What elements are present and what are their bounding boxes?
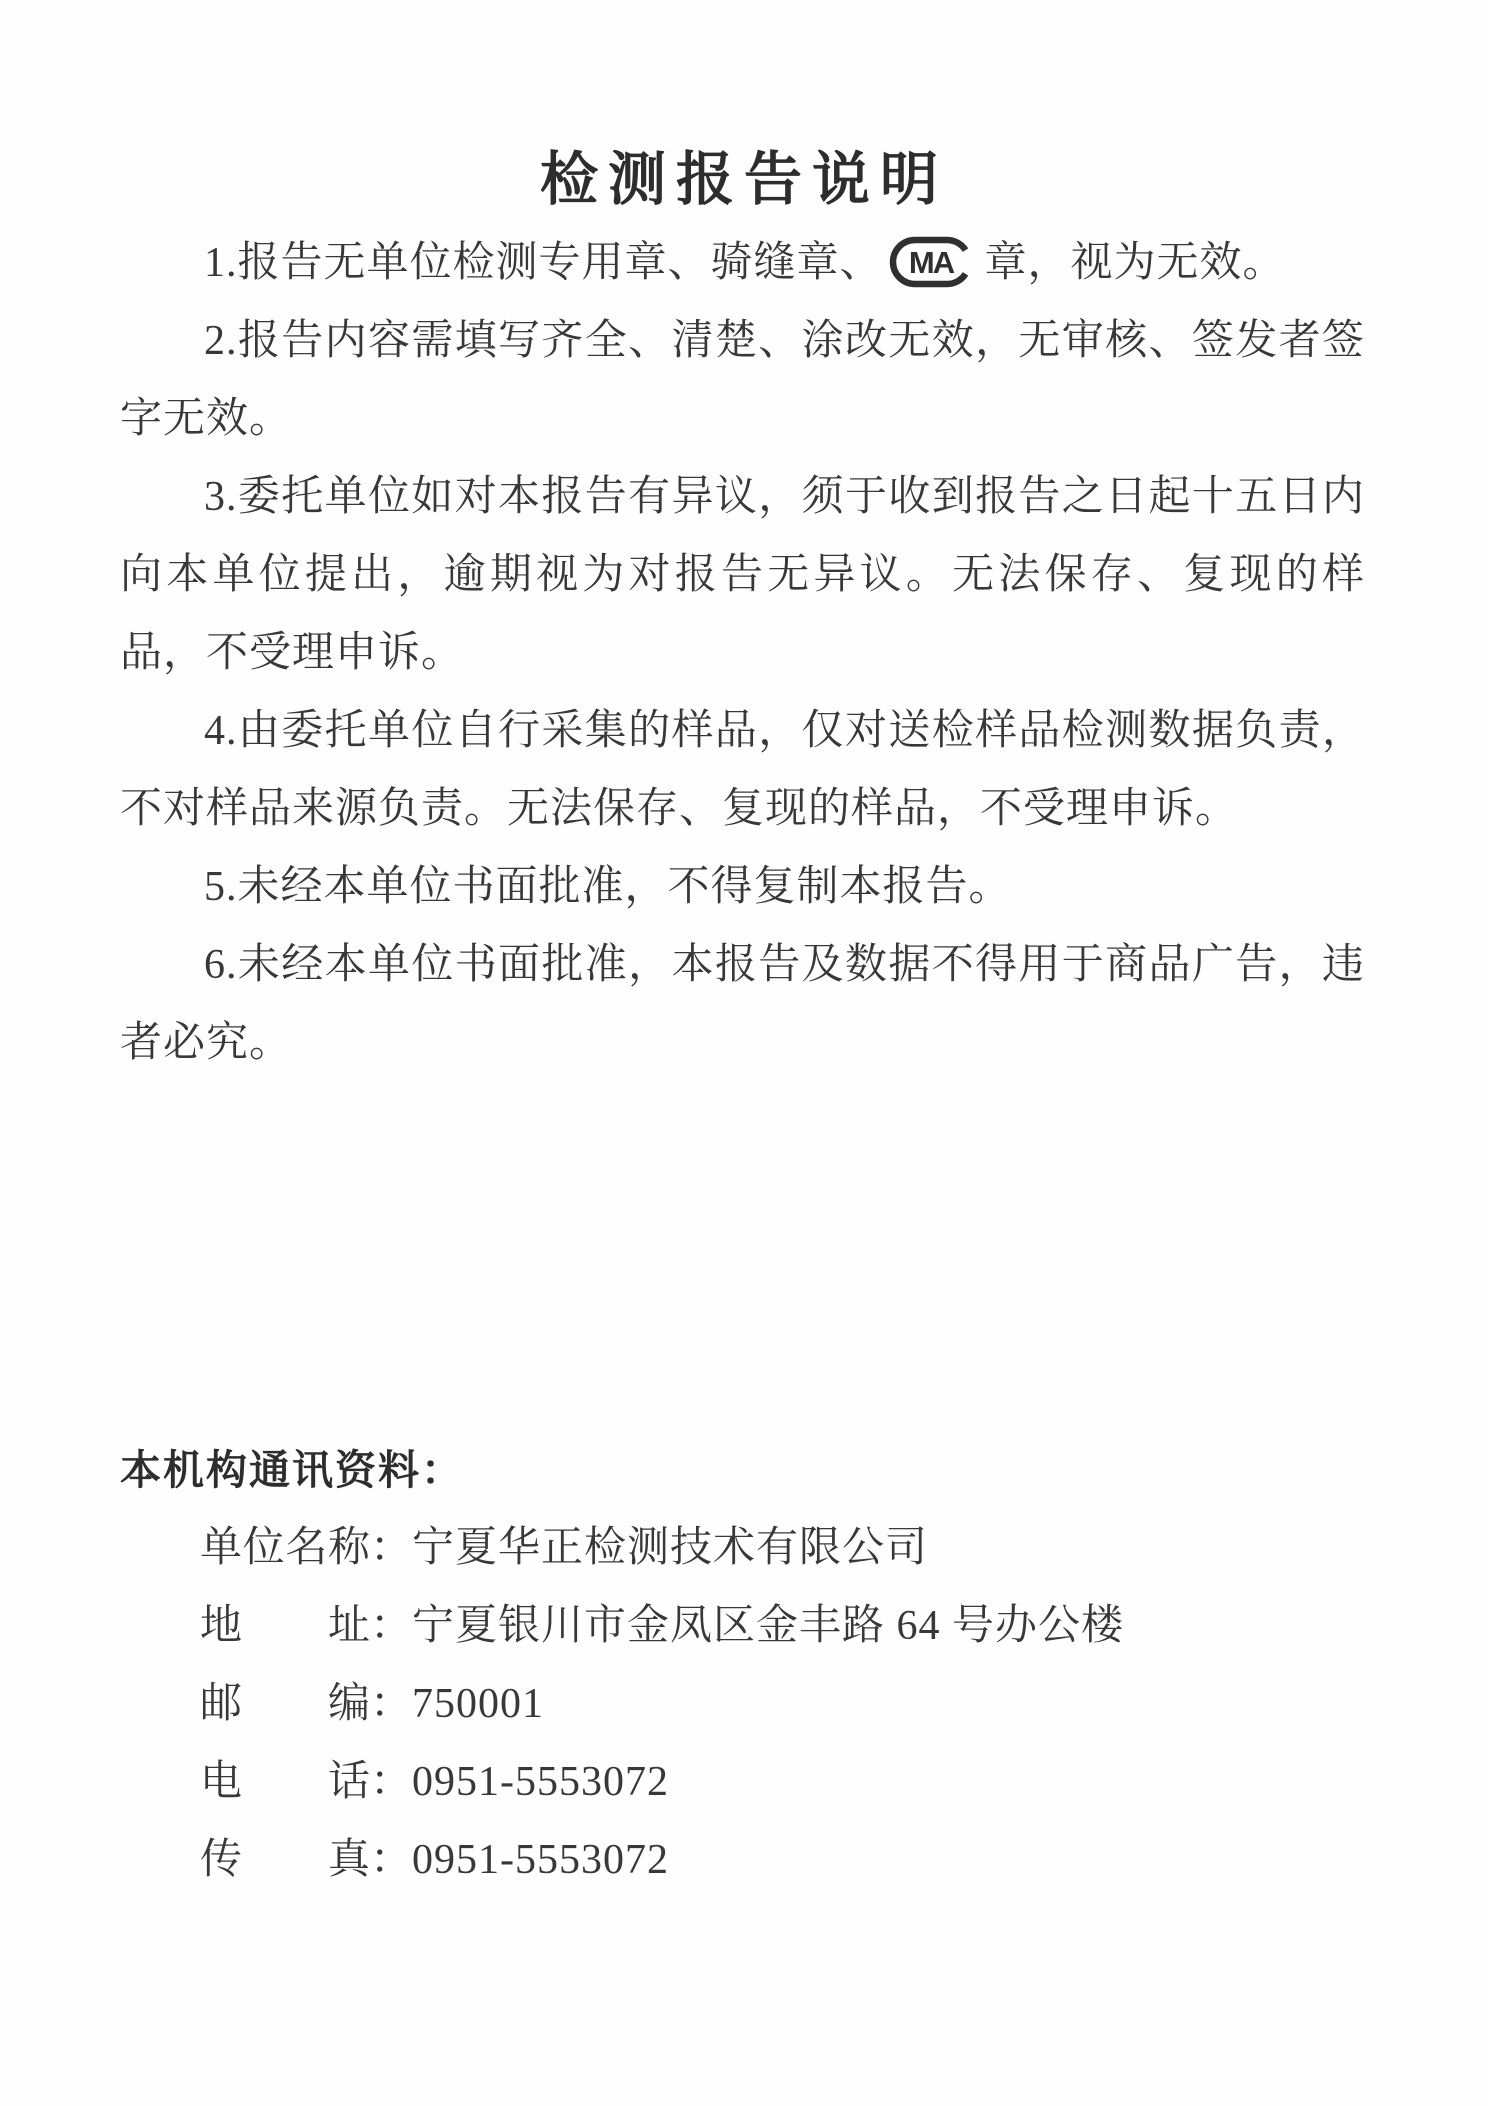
contact-info-section: 本机构通讯资料： 单位名称：宁夏华正检测技术有限公司 地址：宁夏银川市金凤区金丰… <box>120 1431 1365 1899</box>
notice-paragraph-3: 3.委托单位如对本报告有异议，须于收到报告之日起十五日内向本单位提出，逾期视为对… <box>120 458 1365 692</box>
notice-paragraph-4: 4.由委托单位自行采集的样品，仅对送检样品检测数据负责，不对样品来源负责。无法保… <box>120 692 1365 848</box>
contact-row-fax: 传真：0951-5553072 <box>120 1821 1365 1899</box>
svg-text:MA: MA <box>908 245 954 280</box>
notice-paragraph-1: 1.报告无单位检测专用章、骑缝章、MA章，视为无效。 <box>120 224 1365 302</box>
contact-row-postcode: 邮编：750001 <box>120 1665 1365 1743</box>
contact-row-phone: 电话：0951-5553072 <box>120 1743 1365 1821</box>
document-title: 检测报告说明 <box>0 0 1488 222</box>
notice-paragraph-6: 6.未经本单位书面批准，本报告及数据不得用于商品广告，违者必究。 <box>120 926 1365 1082</box>
contact-value: 宁夏华正检测技术有限公司 <box>412 1525 928 1571</box>
contact-colon: ： <box>370 1821 412 1899</box>
contact-label: 地址 <box>200 1587 370 1665</box>
contact-value: 750001 <box>412 1681 544 1727</box>
contact-colon: ： <box>370 1665 412 1743</box>
contact-value: 宁夏银川市金凤区金丰路 64 号办公楼 <box>412 1603 1124 1649</box>
contact-colon: ： <box>370 1509 412 1587</box>
notice-paragraph-5: 5.未经本单位书面批准，不得复制本报告。 <box>120 848 1365 926</box>
scanned-report-page: 检测报告说明 1.报告无单位检测专用章、骑缝章、MA章，视为无效。 2.报告内容… <box>0 0 1488 2106</box>
contact-colon: ： <box>370 1743 412 1821</box>
contact-section-heading: 本机构通讯资料： <box>120 1431 1365 1509</box>
notice-paragraph-2: 2.报告内容需填写齐全、清楚、涂改无效，无审核、签发者签字无效。 <box>120 302 1365 458</box>
contact-row-company-name: 单位名称：宁夏华正检测技术有限公司 <box>120 1509 1365 1587</box>
contact-row-address: 地址：宁夏银川市金凤区金丰路 64 号办公楼 <box>120 1587 1365 1665</box>
notice-paragraph-1-text-after: 章，视为无效。 <box>985 240 1286 286</box>
contact-value: 0951-5553072 <box>412 1837 669 1883</box>
contact-label: 单位名称 <box>200 1509 370 1587</box>
contact-value: 0951-5553072 <box>412 1759 669 1805</box>
contact-label: 传真 <box>200 1821 370 1899</box>
notice-paragraph-1-text-before: 1.报告无单位检测专用章、骑缝章、 <box>204 240 883 286</box>
contact-colon: ： <box>370 1587 412 1665</box>
contact-label: 电话 <box>200 1743 370 1821</box>
contact-label: 邮编 <box>200 1665 370 1743</box>
notice-section: 1.报告无单位检测专用章、骑缝章、MA章，视为无效。 2.报告内容需填写齐全、清… <box>120 224 1365 1082</box>
cma-certification-mark-icon: MA <box>889 236 973 288</box>
